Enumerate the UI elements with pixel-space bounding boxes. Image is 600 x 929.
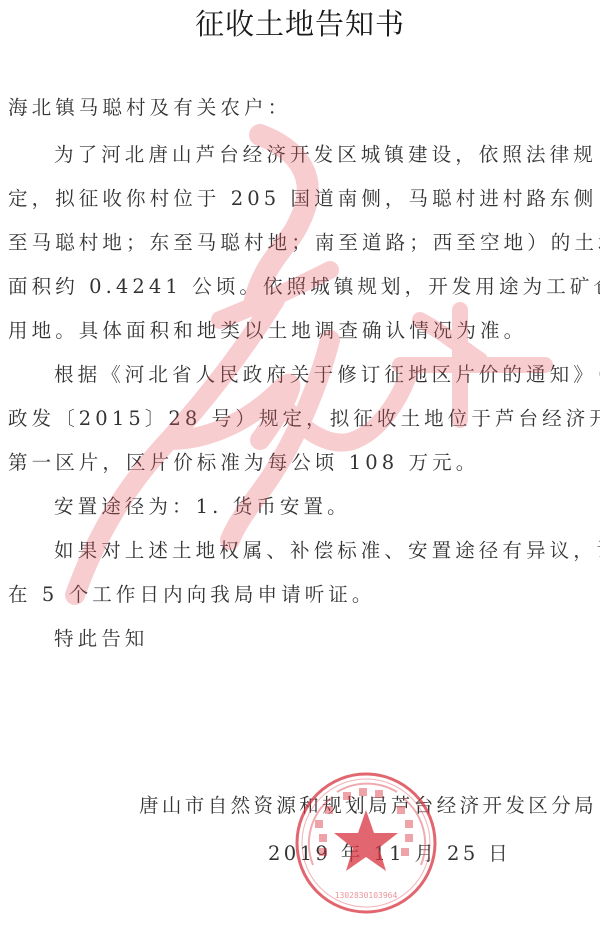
document-title: 征收土地告知书 [0, 2, 600, 43]
closing-line: 特此告知 [54, 623, 148, 651]
paragraph-3-line-1: 安置途径为：1. 货币安置。 [54, 491, 351, 519]
paragraph-4-line-2: 在 5 个工作日内向我局申请听证。 [8, 579, 376, 607]
paragraph-2-line-3: 第一区片，区片价标准为每公顷 108 万元。 [8, 447, 479, 475]
paragraph-1-line-5: 用地。具体面积和地类以土地调查确认情况为准。 [8, 315, 527, 343]
salutation: 海北镇马聪村及有关农户： [8, 92, 291, 120]
paragraph-1-line-1: 为了河北唐山芦台经济开发区城镇建设，依照法律规 [54, 139, 597, 167]
paragraph-4-line-1: 如果对上述土地权属、补偿标准、安置途径有异议，请 [54, 535, 600, 563]
paragraph-1-line-4: 面积约 0.4241 公顷。依照城镇规划，开发用途为工矿仓储 [8, 271, 600, 299]
paragraph-2-line-1: 根据《河北省人民政府关于修订征地区片价的通知》（冀 [54, 359, 600, 387]
paragraph-1-line-2: 定，拟征收你村位于 205 国道南侧，马聪村进村路东侧（北 [8, 183, 600, 211]
seal-serial: 1302830103964 [335, 891, 398, 900]
paragraph-1-line-3: 至马聪村地；东至马聪村地；南至道路；西至空地）的土地， [8, 227, 600, 255]
paragraph-2-line-2: 政发〔2015〕28 号）规定，拟征收土地位于芦台经济开发区 [8, 403, 600, 431]
official-seal-icon: 1302830103964 [293, 770, 439, 916]
